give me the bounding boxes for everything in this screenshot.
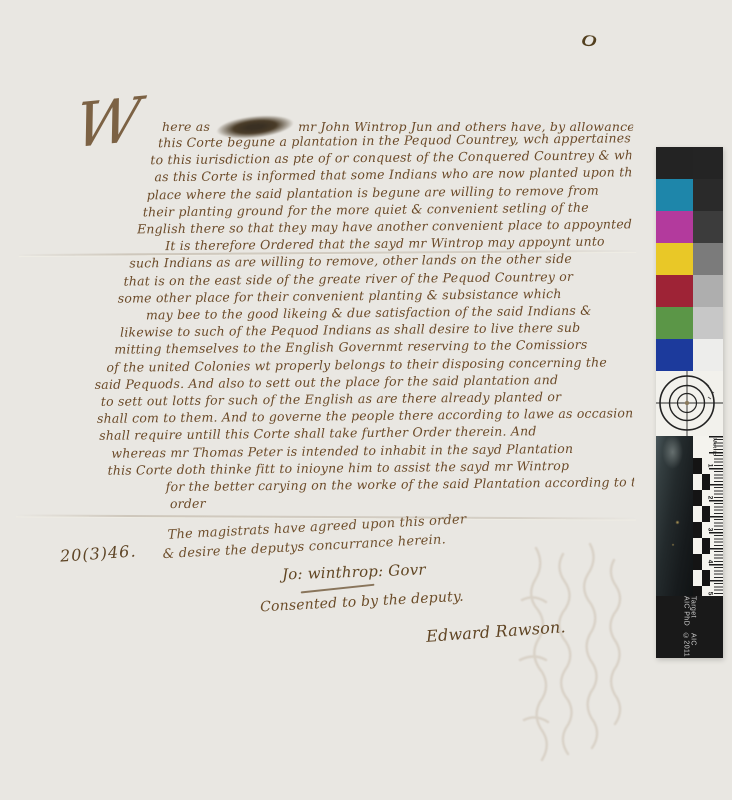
color-patch <box>656 307 693 339</box>
color-patch <box>656 147 693 179</box>
color-patch <box>656 275 693 307</box>
page-number: 8 <box>580 21 601 54</box>
ruler-number: 5 <box>706 592 713 596</box>
ruler-cm-ticks <box>709 436 723 596</box>
consent-note: Consented to by the deputy. <box>260 589 464 616</box>
metric-ruler: Metric 12345 <box>693 436 723 596</box>
photo-background: { "photo": { "background_color": "#e9e7e… <box>0 0 732 800</box>
manuscript-page: 8 W here asmr John Wintrop Jun and other… <box>10 20 644 776</box>
color-calibration-target: Metric 12345 AIC PhD Target ©2011 AIC <box>656 147 723 658</box>
target-label-name: AIC PhD Target <box>683 596 697 630</box>
gray-patch <box>693 179 723 211</box>
patch-row <box>656 147 723 179</box>
ink-bleedthrough <box>508 540 643 785</box>
patch-row <box>656 307 723 339</box>
governor-signature: Jo: winthrop: Govr <box>282 560 426 583</box>
gray-patch <box>693 339 723 371</box>
registration-target <box>656 371 723 436</box>
patch-row <box>656 243 723 275</box>
ruler-section: Metric 12345 <box>656 436 723 596</box>
bullseye-icon <box>656 371 723 436</box>
first-line-pre: here as <box>162 119 210 134</box>
patch-row <box>656 179 723 211</box>
date-notation: 20(3)46. <box>59 541 137 565</box>
color-patch-grid <box>656 147 723 371</box>
target-label: AIC PhD Target ©2011 AIC <box>656 596 723 658</box>
gray-patch <box>693 275 723 307</box>
secretary-signature: Edward Rawson. <box>426 617 567 646</box>
color-patch <box>656 211 693 243</box>
patch-row <box>656 211 723 243</box>
ruler-cm-blocks-a <box>693 458 702 596</box>
patch-row <box>656 339 723 371</box>
patch-row <box>656 275 723 307</box>
manuscript-text-block: this Corte begune a plantation in the Pe… <box>88 129 652 513</box>
ruler-number: 1 <box>706 464 713 468</box>
color-patch <box>656 179 693 211</box>
color-patch <box>656 243 693 275</box>
gray-patch <box>693 147 723 179</box>
gray-patch <box>693 211 723 243</box>
gloss-strip <box>656 436 693 596</box>
docket-note: The magistrats have agreed upon this ord… <box>167 510 468 564</box>
gray-patch <box>693 307 723 339</box>
ruler-number: 2 <box>706 496 713 500</box>
target-label-copyright: ©2011 AIC <box>683 633 697 658</box>
gray-patch <box>693 243 723 275</box>
ruler-number: 4 <box>706 560 713 564</box>
ruler-number: 3 <box>706 528 713 532</box>
color-patch <box>656 339 693 371</box>
